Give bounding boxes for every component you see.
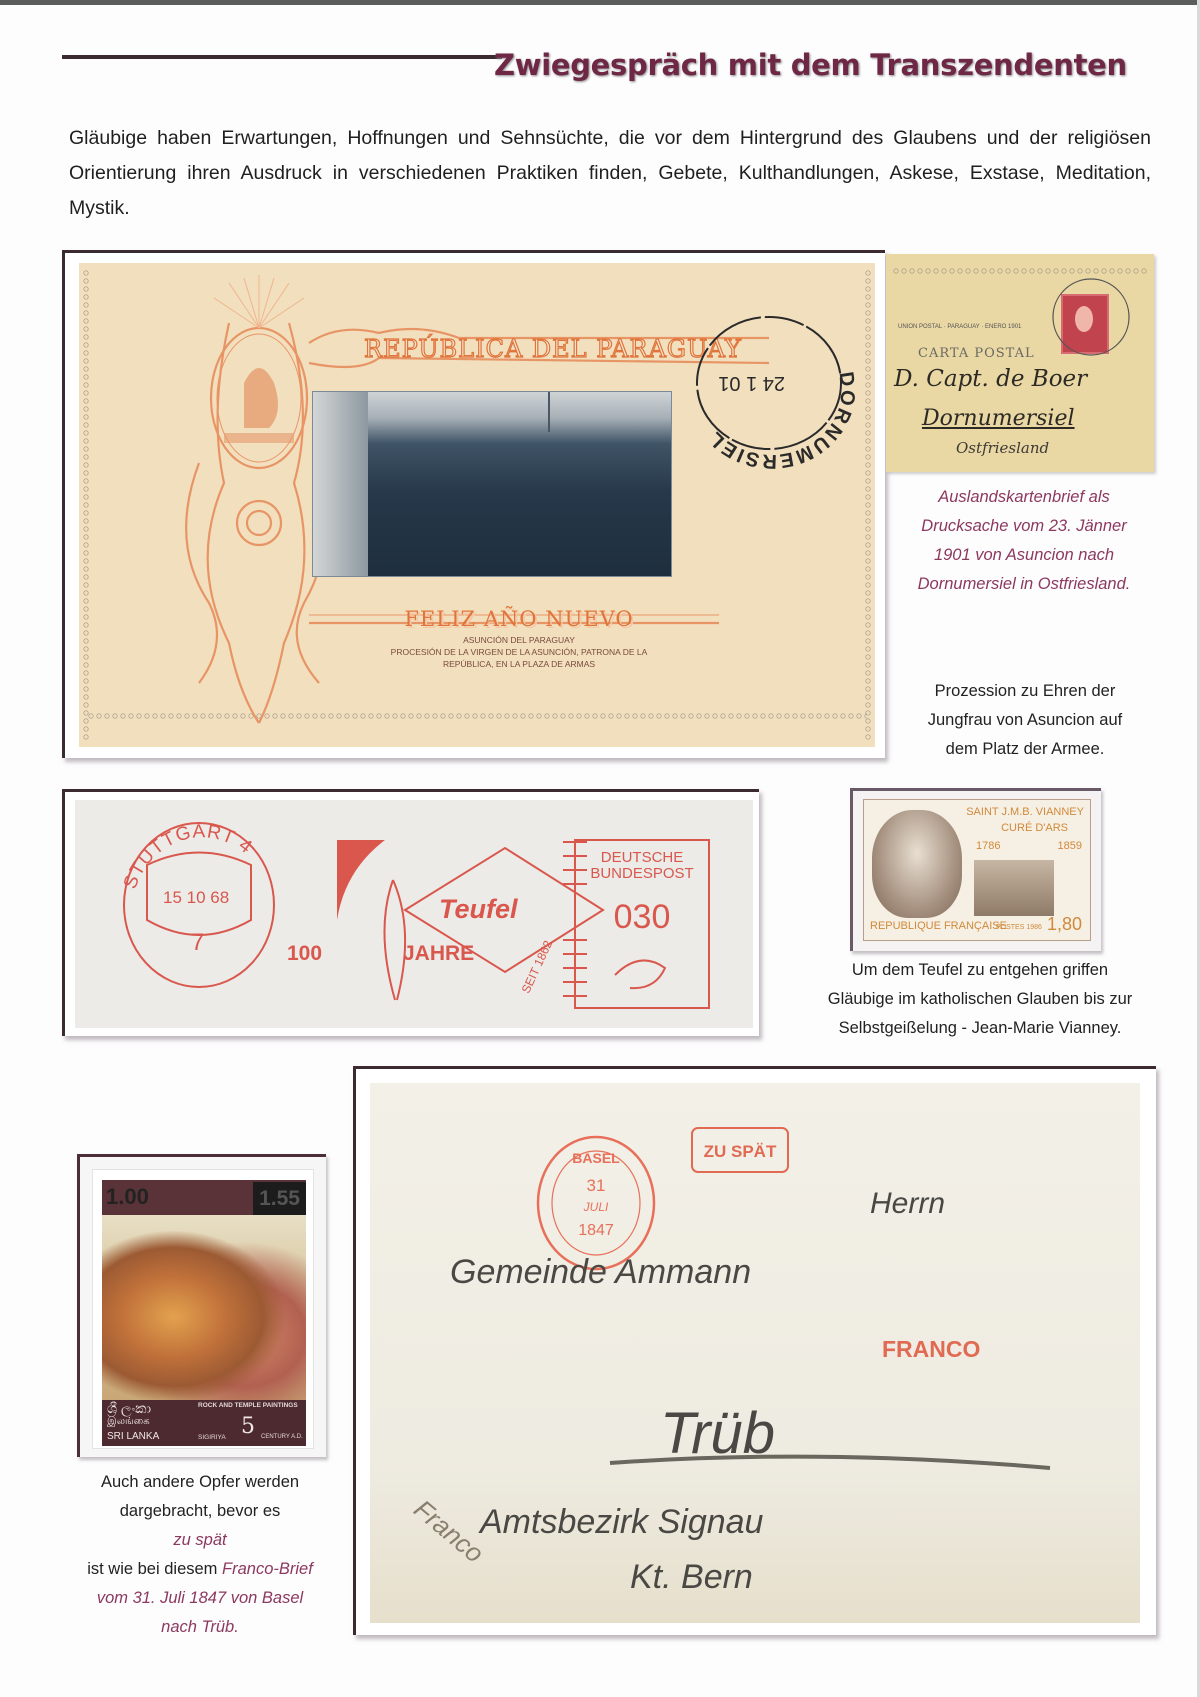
svg-text:BASEL: BASEL: [572, 1150, 620, 1166]
sigiriya-painting: [102, 1215, 306, 1400]
meter-mark: STUTTGART 4 15 10 68 7 Teufel 100 JAHRE …: [75, 800, 753, 1028]
letter-markings: ZU SPÄT BASEL 31 JULI 1847 FRANCO Herrn …: [370, 1083, 1140, 1623]
svg-text:Franco: Franco: [408, 1494, 489, 1569]
exhibit-frame-meter: STUTTGART 4 15 10 68 7 Teufel 100 JAHRE …: [62, 789, 759, 1036]
svg-text:24 1 01: 24 1 01: [718, 372, 785, 394]
card-greeting: FELIZ AÑO NUEVO: [369, 607, 669, 631]
svg-text:Amtsbezirk Signau: Amtsbezirk Signau: [478, 1503, 764, 1541]
obliterated-value: 1.55: [253, 1182, 306, 1215]
back-address-1: D. Capt. de Boer: [894, 366, 1087, 392]
back-title: CARTA POSTAL: [918, 346, 1035, 361]
svg-text:030: 030: [614, 898, 671, 936]
svg-text:FRANCO: FRANCO: [882, 1336, 980, 1362]
vianney-stamp-frame: SAINT J.M.B. VIANNEY CURÉ D'ARS 1786 185…: [850, 788, 1101, 951]
card-subtitle-2: PROCESIÓN DE LA VIRGEN DE LA ASUNCIÓN, P…: [319, 647, 719, 657]
exhibit-frame-basel-cover: ZU SPÄT BASEL 31 JULI 1847 FRANCO Herrn …: [353, 1066, 1156, 1635]
svg-text:15 10 68: 15 10 68: [163, 888, 229, 907]
caption-paraguay-italic: Auslandskartenbrief als Drucksache vom 2…: [890, 483, 1158, 599]
svg-text:Herrn: Herrn: [870, 1187, 945, 1220]
svg-text:ZU SPÄT: ZU SPÄT: [704, 1142, 777, 1161]
svg-text:SEIT 1862: SEIT 1862: [519, 938, 556, 995]
svg-text:Kt. Bern: Kt. Bern: [630, 1558, 753, 1596]
card-subtitle-3: REPÚBLICA, EN LA PLAZA DE ARMAS: [319, 659, 719, 669]
surcharge-value: 1.00: [106, 1184, 149, 1210]
svg-text:1847: 1847: [578, 1222, 614, 1239]
dornumersiel-postmark: DORNUMERSIEL 24 1 01: [689, 303, 859, 473]
back-address-2: Dornumersiel: [922, 406, 1075, 431]
back-header: UNION POSTAL · PARAGUAY · ENERO 1901: [898, 324, 1021, 330]
srilanka-stamp-frame: 1.00 1.55 ROCK AND TEMPLE PAINTINGS ශ්‍ර…: [77, 1154, 326, 1457]
card-subtitle-1: ASUNCIÓN DEL PARAGUAY: [319, 635, 719, 645]
svg-text:31: 31: [587, 1176, 606, 1195]
meter-cutting: STUTTGART 4 15 10 68 7 Teufel 100 JAHRE …: [75, 800, 753, 1028]
page-title: Zwiegespräch mit dem Transzendenten: [494, 48, 1127, 82]
vianney-stamp: SAINT J.M.B. VIANNEY CURÉ D'ARS 1786 185…: [863, 799, 1091, 941]
card-header-text: REPÚBLICA DEL PARAGUAY: [364, 335, 742, 363]
church-drawing: [974, 860, 1054, 916]
svg-text:Gemeinde Ammann: Gemeinde Ammann: [450, 1253, 751, 1291]
srilanka-stamp: 1.00 1.55 ROCK AND TEMPLE PAINTINGS ශ්‍ර…: [92, 1169, 314, 1449]
caption-opfer: Auch andere Opfer werden dargebracht, be…: [60, 1468, 340, 1642]
svg-text:BUNDESPOST: BUNDESPOST: [590, 865, 693, 882]
letter-card-back: UNION POSTAL · PARAGUAY · ENERO 1901 CAR…: [886, 254, 1154, 472]
svg-text:JAHRE: JAHRE: [403, 942, 474, 965]
svg-text:DEUTSCHE: DEUTSCHE: [601, 849, 684, 866]
franco-letter: ZU SPÄT BASEL 31 JULI 1847 FRANCO Herrn …: [370, 1083, 1140, 1623]
letter-card-front: REPÚBLICA DEL PARAGUAY FELIZ AÑO NUEVO A…: [79, 263, 875, 747]
caption-vianney: Um dem Teufel zu entgehen griffen Gläubi…: [780, 956, 1180, 1043]
back-address-3: Ostfriesland: [956, 439, 1049, 457]
svg-text:7: 7: [191, 929, 204, 956]
exhibit-frame-paraguay: REPÚBLICA DEL PARAGUAY FELIZ AÑO NUEVO A…: [62, 250, 885, 758]
procession-photo: [312, 391, 672, 577]
caption-procession: Prozession zu Ehren der Jungfrau von Asu…: [895, 677, 1155, 764]
svg-text:100: 100: [287, 942, 322, 965]
vianney-portrait: [872, 810, 962, 918]
title-rule: [62, 55, 502, 59]
svg-text:JULI: JULI: [583, 1200, 609, 1214]
svg-text:STUTTGART 4: STUTTGART 4: [120, 821, 257, 892]
page-top-border: [0, 0, 1200, 5]
svg-text:Teufel: Teufel: [439, 894, 518, 924]
intro-paragraph: Gläubige haben Erwartungen, Hoffnungen u…: [69, 121, 1151, 226]
